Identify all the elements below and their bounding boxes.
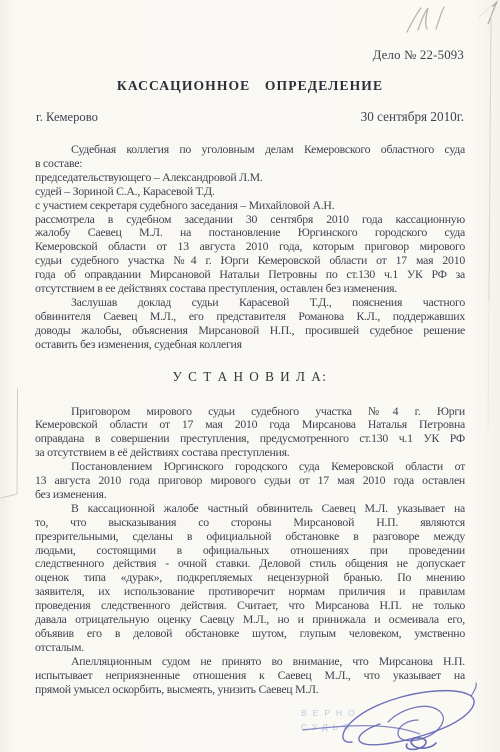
text-line: Судебная коллегия по уголовным делам Кем… bbox=[35, 143, 465, 157]
fold-bracket-mark bbox=[1, 389, 18, 498]
text-line: рассмотрела в судебном заседании 30 сент… bbox=[35, 213, 465, 227]
text-line: проведения следственного действия. Счита… bbox=[35, 599, 465, 613]
place-date-row: г. Кемерово 30 сентября 2010г. bbox=[36, 109, 464, 125]
text-line: прямой умысел оскорбить, высмеять, унизи… bbox=[35, 683, 465, 697]
text-line: объявив его в деловой обстановке шутом, … bbox=[35, 627, 465, 641]
ustanovila-heading: У С Т А Н О В И Л А: bbox=[35, 370, 465, 384]
paragraph: Приговором мирового судьи судебного учас… bbox=[35, 405, 465, 461]
text-line: за отсутствием в её действиях состава пр… bbox=[35, 446, 465, 460]
certification-stamp: ВЕРНО СУДЬЯ bbox=[301, 706, 361, 734]
case-number: Дело № 22-5093 bbox=[373, 48, 464, 63]
scanned-court-document: Дело № 22-5093 КАССАЦИОННОЕ ОПРЕДЕЛЕНИЕ … bbox=[0, 0, 500, 752]
text-line: то, что высказывания со стороны Мирсанов… bbox=[35, 516, 465, 530]
body-before-heading: Судебная коллегия по уголовным делам Кем… bbox=[35, 143, 465, 352]
stamp-line: СУДЬЯ bbox=[301, 720, 361, 734]
text-line: судьи судебного участка №4 г. Юрги Кемер… bbox=[35, 254, 465, 268]
paragraph: председательствующего – Александровой Л.… bbox=[35, 171, 465, 213]
text-line: председательствующего – Александровой Л.… bbox=[35, 171, 465, 185]
text-line: отсутствием в ее действиях состава прест… bbox=[35, 282, 465, 296]
text-line: оставить без изменения, судебная коллеги… bbox=[35, 338, 465, 352]
paragraph: Судебная коллегия по уголовным делам Кем… bbox=[35, 143, 465, 171]
text-line: судей – Зориной С.А., Карасевой Т.Д. bbox=[35, 185, 465, 199]
document-title: КАССАЦИОННОЕ ОПРЕДЕЛЕНИЕ bbox=[0, 78, 500, 94]
text-line: с участием секретаря судебного заседания… bbox=[35, 199, 465, 213]
document-date: 30 сентября 2010г. bbox=[361, 109, 464, 125]
text-line: Постановлением Юргинского городского суд… bbox=[35, 460, 465, 474]
text-line: оценок типа «дурак», подкрепляемых нецен… bbox=[35, 571, 465, 585]
text-line: 13 августа 2010 года приговор мирового с… bbox=[35, 474, 465, 488]
text-line: Приговором мирового судьи судебного учас… bbox=[35, 405, 465, 419]
text-line: Кемеровской области от 13 августа 2010 г… bbox=[35, 240, 465, 254]
edge-arrow-mark bbox=[488, 2, 497, 24]
page-edge-line bbox=[479, 0, 498, 430]
text-line: В кассационной жалобе частный обвинитель… bbox=[35, 502, 465, 516]
document-body: Судебная коллегия по уголовным делам Кем… bbox=[35, 143, 465, 697]
text-line: доводы жалобы, объяснения Мирсановой Н.П… bbox=[35, 324, 465, 338]
text-line: людьми, состоящими в официальных отношен… bbox=[35, 544, 465, 558]
text-line: оправдана в совершении преступления, пре… bbox=[35, 432, 465, 446]
paragraph: Апелляционным судом не принято во вниман… bbox=[35, 655, 465, 697]
city-label: г. Кемерово bbox=[36, 110, 98, 125]
paragraph: Постановлением Юргинского городского суд… bbox=[35, 460, 465, 502]
text-line: отсталым. bbox=[35, 641, 465, 655]
paragraph: рассмотрела в судебном заседании 30 сент… bbox=[35, 213, 465, 296]
text-line: заявителя, их использование противоречит… bbox=[35, 585, 465, 599]
handwritten-page-mark bbox=[407, 7, 444, 32]
text-line: Апелляционным судом не принято во вниман… bbox=[35, 655, 465, 669]
text-line: в составе: bbox=[35, 157, 465, 171]
text-line: Кемеровской области от 17 мая 2010 года … bbox=[35, 418, 465, 432]
body-after-heading: Приговором мирового судьи судебного учас… bbox=[35, 405, 465, 697]
stamp-line: ВЕРНО bbox=[301, 706, 361, 720]
text-line: презрительными, сделаны в официальной об… bbox=[35, 530, 465, 544]
text-line: без изменения. bbox=[35, 488, 465, 502]
paragraph: В кассационной жалобе частный обвинитель… bbox=[35, 502, 465, 655]
text-line: года об оправдании Мирсановой Натальи Пе… bbox=[35, 268, 465, 282]
text-line: испытывает неприязненные отношения к Сае… bbox=[35, 669, 465, 683]
paragraph: Заслушав доклад судьи Карасевой Т.Д., по… bbox=[35, 296, 465, 352]
text-line: Заслушав доклад судьи Карасевой Т.Д., по… bbox=[35, 296, 465, 310]
text-line: следственного действия - очной ставки. Д… bbox=[35, 557, 465, 571]
text-line: жалобу Саевец М.Л. на постановление Юрги… bbox=[35, 226, 465, 240]
text-line: обвинителя Саевец М.Л., его представител… bbox=[35, 310, 465, 324]
text-line: давала отрицательную оценку Саевцу М.Л.,… bbox=[35, 613, 465, 627]
